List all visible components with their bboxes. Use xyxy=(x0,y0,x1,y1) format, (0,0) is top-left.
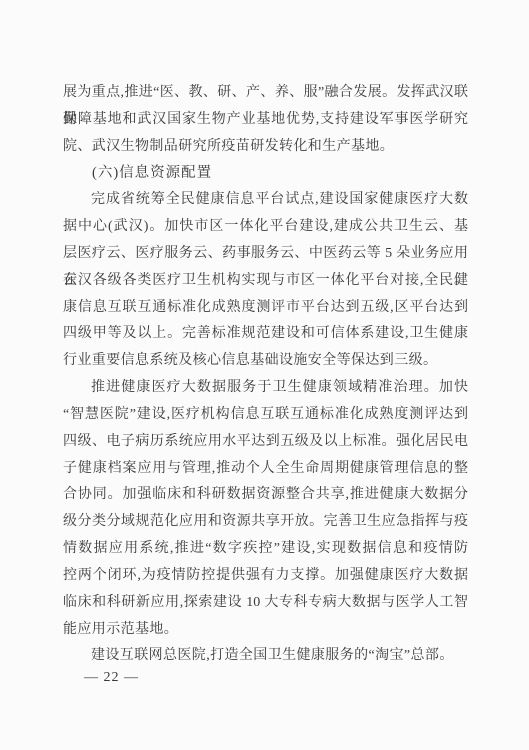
page-number: — 22 — xyxy=(84,665,139,691)
text-line: 合协同。加强临床和科研数据资源整合共享,推进健康大数据分 xyxy=(63,482,468,509)
text-line: 能应用示范基地。 xyxy=(63,617,468,644)
text-line: 康信息互联互通标准化成熟度测评市平台达到五级,区平台达到 xyxy=(63,295,468,322)
text-line: 据中心(武汉)。加快市区一体化平台建设,建成公共卫生云、基 xyxy=(63,214,468,241)
document-page: 展为重点,推进“医、教、研、产、养、服”融合发展。发挥武汉联勤保障基地和武汉国家… xyxy=(0,0,529,750)
text-line: 完成省统筹全民健康信息平台试点,建设国家健康医疗大数 xyxy=(63,187,468,214)
text-line: 推进健康医疗大数据服务于卫生健康领域精准治理。加快 xyxy=(63,375,468,402)
text-line: 层医疗云、医疗服务云、药事服务云、中医药云等 5 朵业务应用云。 xyxy=(63,241,468,268)
text-line: 子健康档案应用与管理,推动个人全生命周期健康管理信息的整 xyxy=(63,456,468,483)
text-line: 行业重要信息系统及核心信息基础设施安全等保达到三级。 xyxy=(63,348,468,375)
text-line: 院、武汉生物制品研究所疫苗研发转化和生产基地。 xyxy=(63,134,468,161)
text-line: 临床和科研新应用,探索建设 10 大专科专病大数据与医学人工智 xyxy=(63,590,468,617)
text-line: 在汉各级各类医疗卫生机构实现与市区一体化平台对接,全民健 xyxy=(63,268,468,295)
document-body: 展为重点,推进“医、教、研、产、养、服”融合发展。发挥武汉联勤保障基地和武汉国家… xyxy=(63,80,468,670)
text-line: 控两个闭环,为疫情防控提供强有力支撑。加强健康医疗大数据 xyxy=(63,563,468,590)
section-heading: (六)信息资源配置 xyxy=(63,160,468,187)
text-line: 展为重点,推进“医、教、研、产、养、服”融合发展。发挥武汉联勤 xyxy=(63,80,468,107)
text-line: 情数据应用系统,推进“数字疾控”建设,实现数据信息和疫情防 xyxy=(63,536,468,563)
text-line: “智慧医院”建设,医疗机构信息互联互通标准化成熟度测评达到 xyxy=(63,402,468,429)
text-line: 保障基地和武汉国家生物产业基地优势,支持建设军事医学研究 xyxy=(63,107,468,134)
text-line: 四级、电子病历系统应用水平达到五级及以上标准。强化居民电 xyxy=(63,429,468,456)
text-line: 级分类分域规范化应用和资源共享开放。完善卫生应急指挥与疫 xyxy=(63,509,468,536)
text-line: 四级甲等及以上。完善标准规范建设和可信体系建设,卫生健康 xyxy=(63,321,468,348)
